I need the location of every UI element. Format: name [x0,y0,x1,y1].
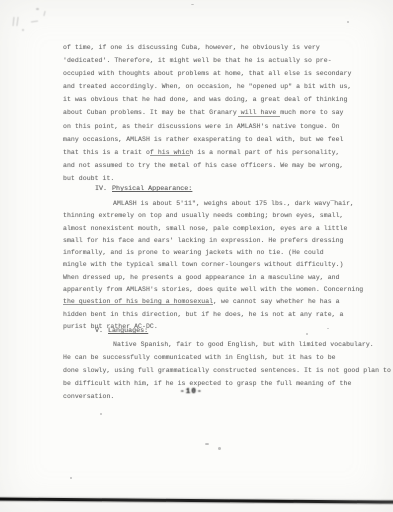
text-line: 'dedicated'. Therefore, it might well be… [63,54,363,67]
paragraph-languages: Native Spanish, fair to good English, bu… [63,339,363,404]
underline-mark [238,116,280,117]
text-line: but doubt it. [63,172,363,185]
paragraph-continuation: of time, if one is discussing Cuba, howe… [63,41,363,185]
toner-speck [347,21,349,23]
toner-speck [205,443,209,445]
text-line: hidden bent in this direction, but if he… [63,309,363,321]
text-line: be difficult with him, if he is expected… [63,378,363,391]
text-line: on this point, as their discussions were… [63,120,363,133]
text-line: almost nonexistent mouth, small nose, pa… [63,223,363,235]
toner-speck [100,413,102,415]
toner-speck [327,328,329,329]
section-title: Languages: [108,327,148,335]
toner-speck [306,333,308,335]
scan-bottom-edge-line [0,497,393,503]
section-numeral: IV. [95,185,107,193]
section-numeral: V. [95,327,103,335]
text-line: it was obvious that he had done, and was… [63,93,363,106]
toner-speck [330,200,335,201]
scanned-document-page: of time, if one is discussing Cuba, howe… [0,0,393,512]
text-line: He can be successfully communicated with… [63,352,363,365]
text-line: that this is a trait of his which is a n… [63,146,363,159]
section-heading-languages: V.Languages: [95,327,148,335]
text-line: Native Spanish, fair to good English, bu… [63,339,363,352]
text-line: informally, and is prone to wearing jack… [63,247,363,259]
text-line: small for his face and ears' lacking in … [63,235,363,247]
toner-speck [70,477,72,479]
paragraph-physical-appearance: AMLASH is about 5'11", weighs about 175 … [63,198,363,333]
text-line: the question of his being a homosexual, … [63,296,363,308]
text-line: many occasions, AMLASH is rather exasper… [63,133,363,146]
text-line: about Cuban problems. It may be that Gra… [63,106,363,119]
section-title: Physical Appearance: [112,185,192,193]
underline-mark [150,155,190,156]
text-line: mingle with the typical small town corne… [63,259,363,271]
text-line: occupied with thoughts about problems at… [63,67,363,80]
toner-speck [191,4,194,5]
text-line: done slowly, using full grammatically co… [63,365,363,378]
text-line: apparently from AMLASH's stories, does q… [63,284,363,296]
text-line: conversation. [63,391,363,404]
text-line: and not assumed to try the metal of his … [63,159,363,172]
toner-speck [218,447,221,450]
text-line: AMLASH is about 5'11", weighs about 175 … [63,198,363,210]
page-number-stamp: -10- [180,388,203,396]
text-line: and treated accordingly. When, on occasi… [63,80,363,93]
underline-mark [63,304,213,305]
section-heading-physical-appearance: IV.Physical Appearance: [95,185,192,193]
text-line: When dressed up, he presents a good appe… [63,272,363,284]
text-line: thinning extremely on top and usually ne… [63,210,363,222]
text-line: of time, if one is discussing Cuba, howe… [63,41,363,54]
